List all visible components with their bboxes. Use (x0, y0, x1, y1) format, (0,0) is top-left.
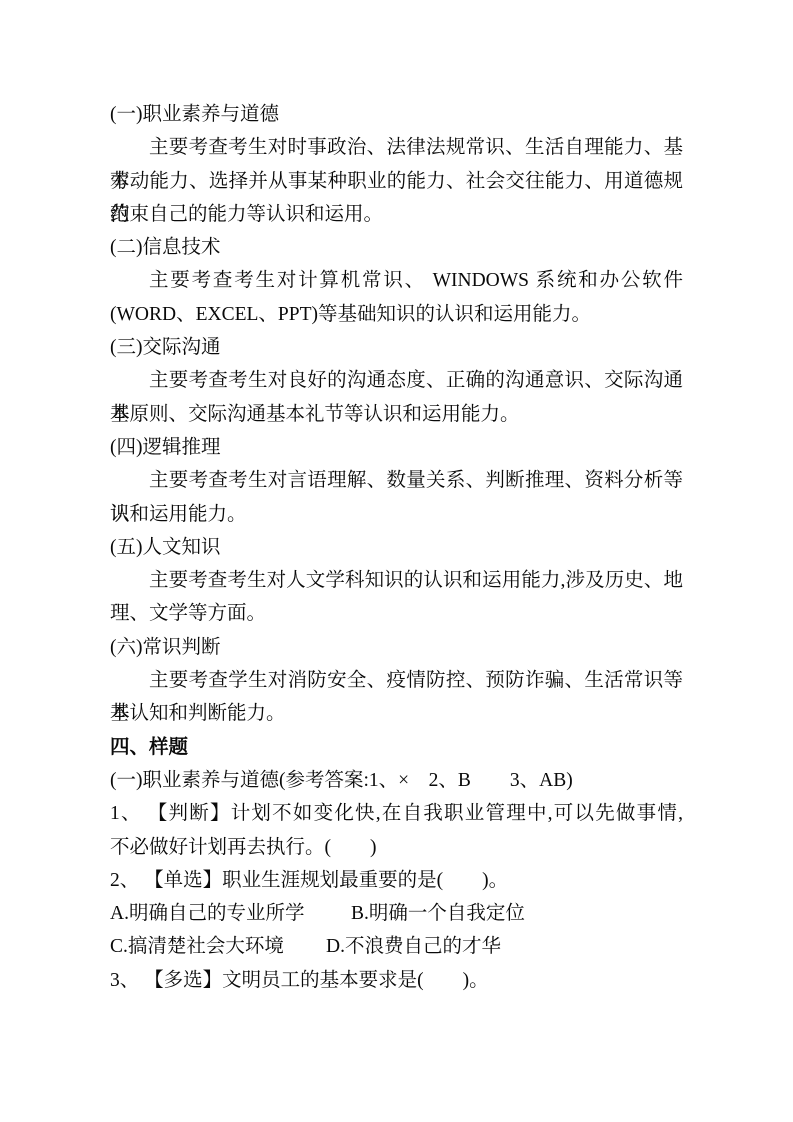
section-common-sense-judgment: (六)常识判断 主要考查学生对消防安全、疫情防控、预防诈骗、生活常识等基 本认知… (110, 631, 683, 731)
section-logical-reasoning: (四)逻辑推理 主要考查考生对言语理解、数量关系、判断推理、资料分析等认 识和运… (110, 431, 683, 531)
section-paragraph-line: 主要考查学生对消防安全、疫情防控、预防诈骗、生活常识等基 (110, 664, 683, 697)
section-heading: (一)职业素养与道德 (110, 98, 683, 131)
section-paragraph-line: 主要考查考生对良好的沟通态度、正确的沟通意识、交际沟通基 (110, 364, 683, 397)
section-paragraph-line: 主要考查考生对时事政治、法律法规常识、生活自理能力、基本 (110, 131, 683, 164)
section-communication: (三)交际沟通 主要考查考生对良好的沟通态度、正确的沟通意识、交际沟通基 本原则… (110, 331, 683, 431)
option-c: C.搞清楚社会大环境 (110, 930, 326, 963)
section-paragraph-line: 劳动能力、选择并从事某种职业的能力、社会交往能力、用道德规范 (110, 165, 683, 198)
option-d: D.不浪费自己的才华 (326, 930, 501, 963)
section-humanities-knowledge: (五)人文知识 主要考查考生对人文学科知识的认识和运用能力,涉及历史、地 理、文… (110, 531, 683, 631)
section-paragraph-line: 主要考查考生对计算机常识、 WINDOWS 系统和办公软件 (110, 264, 683, 297)
section-information-technology: (二)信息技术 主要考查考生对计算机常识、 WINDOWS 系统和办公软件 (W… (110, 231, 683, 331)
section-heading: (三)交际沟通 (110, 331, 683, 364)
section-heading: (六)常识判断 (110, 631, 683, 664)
document-page: (一)职业素养与道德 主要考查考生对时事政治、法律法规常识、生活自理能力、基本 … (0, 0, 793, 1122)
question-3-stem: 3、 【多选】文明员工的基本要求是( )。 (110, 964, 683, 997)
section-heading: (四)逻辑推理 (110, 431, 683, 464)
question-1-line-2: 不必做好计划再去执行。( ) (110, 831, 683, 864)
question-2-options-row-1: A.明确自己的专业所学B.明确一个自我定位 (110, 897, 683, 930)
section-paragraph-line: 约束自己的能力等认识和运用。 (110, 198, 683, 231)
sample-answer-key-line: (一)职业素养与道德(参考答案:1、× 2、B 3、AB) (110, 764, 683, 797)
section-paragraph-line: 主要考查考生对言语理解、数量关系、判断推理、资料分析等认 (110, 464, 683, 497)
option-b: B.明确一个自我定位 (351, 897, 525, 930)
question-1-line-1: 1、 【判断】计划不如变化快,在自我职业管理中,可以先做事情, (110, 797, 683, 830)
sample-questions-heading: 四、样题 (110, 731, 683, 764)
section-paragraph-line: (WORD、EXCEL、PPT)等基础知识的认识和运用能力。 (110, 298, 683, 331)
section-paragraph-line: 本认知和判断能力。 (110, 697, 683, 730)
section-occupational-ethics: (一)职业素养与道德 主要考查考生对时事政治、法律法规常识、生活自理能力、基本 … (110, 98, 683, 231)
question-2-options-row-2: C.搞清楚社会大环境D.不浪费自己的才华 (110, 930, 683, 963)
section-paragraph-line: 本原则、交际沟通基本礼节等认识和运用能力。 (110, 398, 683, 431)
section-sample-questions: 四、样题 (一)职业素养与道德(参考答案:1、× 2、B 3、AB) 1、 【判… (110, 731, 683, 997)
question-2-stem: 2、 【单选】职业生涯规划最重要的是( )。 (110, 864, 683, 897)
option-a: A.明确自己的专业所学 (110, 897, 351, 930)
section-heading: (五)人文知识 (110, 531, 683, 564)
section-paragraph-line: 识和运用能力。 (110, 498, 683, 531)
section-heading: (二)信息技术 (110, 231, 683, 264)
section-paragraph-line: 理、文学等方面。 (110, 597, 683, 630)
section-paragraph-line: 主要考查考生对人文学科知识的认识和运用能力,涉及历史、地 (110, 564, 683, 597)
